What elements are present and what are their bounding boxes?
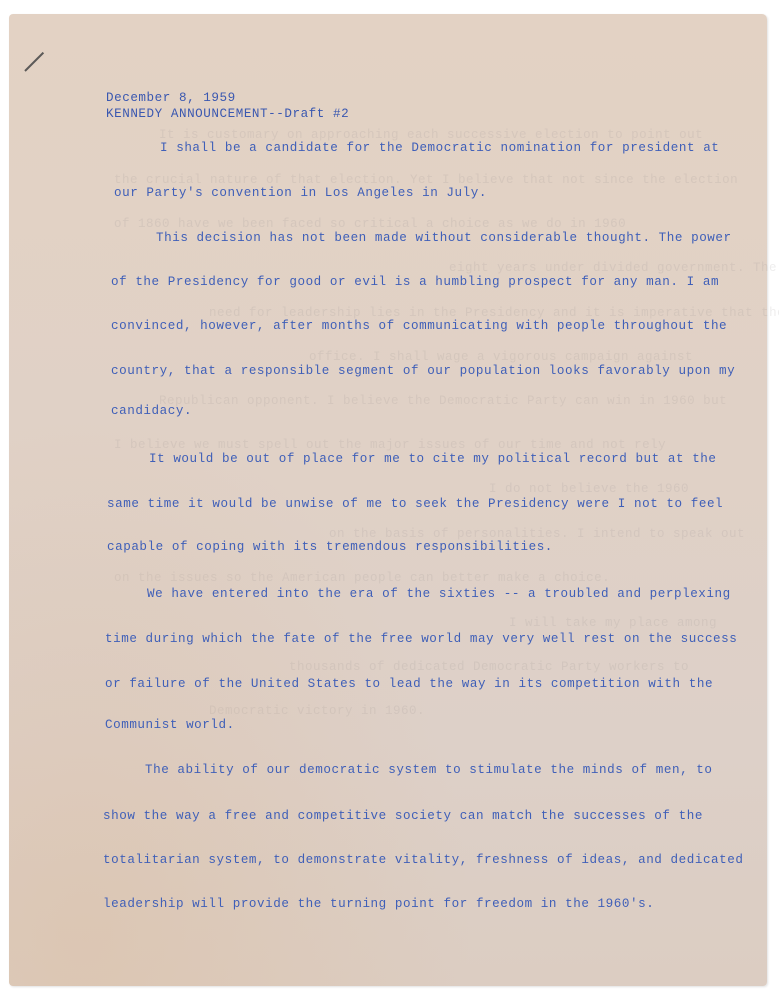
show-through-line: office. I shall wage a vigorous campaign… xyxy=(309,350,693,364)
paragraph-line: We have entered into the era of the sixt… xyxy=(147,587,731,601)
document-title: KENNEDY ANNOUNCEMENT--Draft #2 xyxy=(106,107,349,121)
paragraph-line: Communist world. xyxy=(105,718,235,732)
paragraph-line: country, that a responsible segment of o… xyxy=(111,364,735,378)
paragraph-line: capable of coping with its tremendous re… xyxy=(107,540,553,554)
show-through-line: I do not believe the 1960 xyxy=(489,482,689,496)
show-through-line: the crucial nature of that election. Yet… xyxy=(114,173,738,187)
paragraph-line: convinced, however, after months of comm… xyxy=(111,319,727,333)
show-through-line: Republican opponent. I believe the Democ… xyxy=(159,394,727,408)
show-through-line: eight years under divided government. Th… xyxy=(449,261,777,275)
paragraph-line: or failure of the United States to lead … xyxy=(105,677,713,691)
document-date: December 8, 1959 xyxy=(106,91,236,105)
paragraph-line: of the Presidency for good or evil is a … xyxy=(111,275,719,289)
show-through-line: It is customary on approaching each succ… xyxy=(159,128,703,142)
paragraph-line: leadership will provide the turning poin… xyxy=(103,897,654,911)
show-through-line: need for leadership lies in the Presiden… xyxy=(209,306,779,320)
paragraph-line: our Party's convention in Los Angeles in… xyxy=(114,186,487,200)
paragraph-line: The ability of our democratic system to … xyxy=(145,763,713,777)
show-through-line: I will take my place among xyxy=(509,616,717,630)
show-through-line: I believe we must spell out the major is… xyxy=(114,438,666,452)
paragraph-line: time during which the fate of the free w… xyxy=(105,632,737,646)
show-through-line: of 1860 have we been faced so critical a… xyxy=(114,217,626,231)
paragraph-line: It would be out of place for me to cite … xyxy=(149,452,717,466)
show-through-line: on the issues so the American people can… xyxy=(114,571,610,585)
paragraph-line: same time it would be unwise of me to se… xyxy=(107,497,723,511)
staple-mark xyxy=(24,52,44,72)
show-through-line: Democratic victory in 1960. xyxy=(209,704,425,718)
paragraph-line: I shall be a candidate for the Democrati… xyxy=(160,141,719,155)
paragraph-line: candidacy. xyxy=(111,404,192,418)
paragraph-line: show the way a free and competitive soci… xyxy=(103,809,703,823)
paragraph-line: This decision has not been made without … xyxy=(156,231,732,245)
show-through-line: thousands of dedicated Democratic Party … xyxy=(289,660,689,674)
show-through-line: on the basis of personalities. I intend … xyxy=(329,527,745,541)
paragraph-line: totalitarian system, to demonstrate vita… xyxy=(103,853,744,867)
